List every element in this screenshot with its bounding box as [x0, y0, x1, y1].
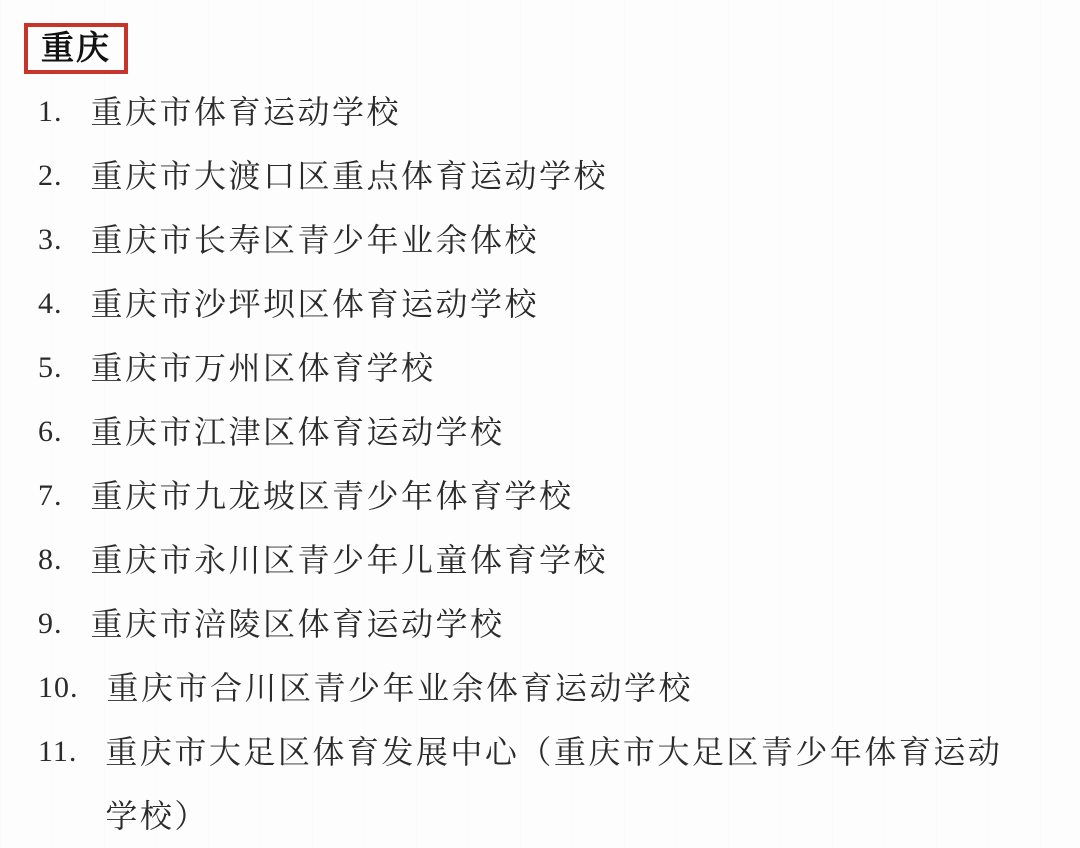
- list-item: 4.重庆市沙坪坝区体育运动学校: [24, 272, 1040, 336]
- item-text: 重庆市合川区青少年业余体育运动学校: [107, 656, 1041, 720]
- item-text: 重庆市长寿区青少年业余体校: [91, 208, 1041, 272]
- item-text-line: 学校）: [105, 784, 1040, 848]
- list-item: 6.重庆市江津区体育运动学校: [24, 400, 1040, 464]
- list-item: 3.重庆市长寿区青少年业余体校: [24, 208, 1040, 272]
- item-text: 重庆市体育运动学校: [91, 80, 1041, 144]
- item-text: 重庆市万州区体育学校: [91, 336, 1041, 400]
- item-text-line: 重庆市江津区体育运动学校: [91, 400, 1041, 464]
- item-text: 重庆市涪陵区体育运动学校: [91, 592, 1041, 656]
- item-text-line: 重庆市体育运动学校: [91, 80, 1041, 144]
- item-text-line: 重庆市沙坪坝区体育运动学校: [91, 272, 1041, 336]
- list-item: 1.重庆市体育运动学校: [24, 80, 1040, 144]
- item-text-line: 重庆市九龙坡区青少年体育学校: [91, 464, 1041, 528]
- item-text-line: 重庆市万州区体育学校: [91, 336, 1041, 400]
- list-item: 11.重庆市大足区体育发展中心（重庆市大足区青少年体育运动学校）: [24, 720, 1040, 848]
- item-number: 1.: [38, 80, 63, 144]
- item-text: 重庆市大足区体育发展中心（重庆市大足区青少年体育运动学校）: [105, 720, 1040, 848]
- item-text-line: 重庆市大足区体育发展中心（重庆市大足区青少年体育运动: [105, 720, 1040, 784]
- item-text: 重庆市大渡口区重点体育运动学校: [91, 144, 1041, 208]
- section-header-box: 重庆: [24, 23, 128, 74]
- list-item: 7.重庆市九龙坡区青少年体育学校: [24, 464, 1040, 528]
- section-title: 重庆: [41, 29, 111, 66]
- item-text-line: 重庆市涪陵区体育运动学校: [91, 592, 1041, 656]
- item-number: 10.: [38, 656, 79, 720]
- item-number: 11.: [38, 720, 77, 784]
- list-item: 9.重庆市涪陵区体育运动学校: [24, 592, 1040, 656]
- list-item: 10.重庆市合川区青少年业余体育运动学校: [24, 656, 1040, 720]
- item-number: 9.: [38, 592, 63, 656]
- item-text-line: 重庆市永川区青少年儿童体育学校: [91, 528, 1041, 592]
- list-item: 2.重庆市大渡口区重点体育运动学校: [24, 144, 1040, 208]
- item-number: 8.: [38, 528, 63, 592]
- item-text: 重庆市九龙坡区青少年体育学校: [91, 464, 1041, 528]
- item-number: 3.: [38, 208, 63, 272]
- item-number: 7.: [38, 464, 63, 528]
- item-text: 重庆市永川区青少年儿童体育学校: [91, 528, 1041, 592]
- school-list: 1.重庆市体育运动学校2.重庆市大渡口区重点体育运动学校3.重庆市长寿区青少年业…: [24, 80, 1040, 848]
- item-text-line: 重庆市合川区青少年业余体育运动学校: [107, 656, 1041, 720]
- list-item: 8.重庆市永川区青少年儿童体育学校: [24, 528, 1040, 592]
- item-text: 重庆市沙坪坝区体育运动学校: [91, 272, 1041, 336]
- item-text: 重庆市江津区体育运动学校: [91, 400, 1041, 464]
- document-page: 重庆 1.重庆市体育运动学校2.重庆市大渡口区重点体育运动学校3.重庆市长寿区青…: [0, 0, 1080, 848]
- item-number: 5.: [38, 336, 63, 400]
- item-number: 4.: [38, 272, 63, 336]
- list-item: 5.重庆市万州区体育学校: [24, 336, 1040, 400]
- item-text-line: 重庆市大渡口区重点体育运动学校: [91, 144, 1041, 208]
- item-number: 6.: [38, 400, 63, 464]
- item-number: 2.: [38, 144, 63, 208]
- item-text-line: 重庆市长寿区青少年业余体校: [91, 208, 1041, 272]
